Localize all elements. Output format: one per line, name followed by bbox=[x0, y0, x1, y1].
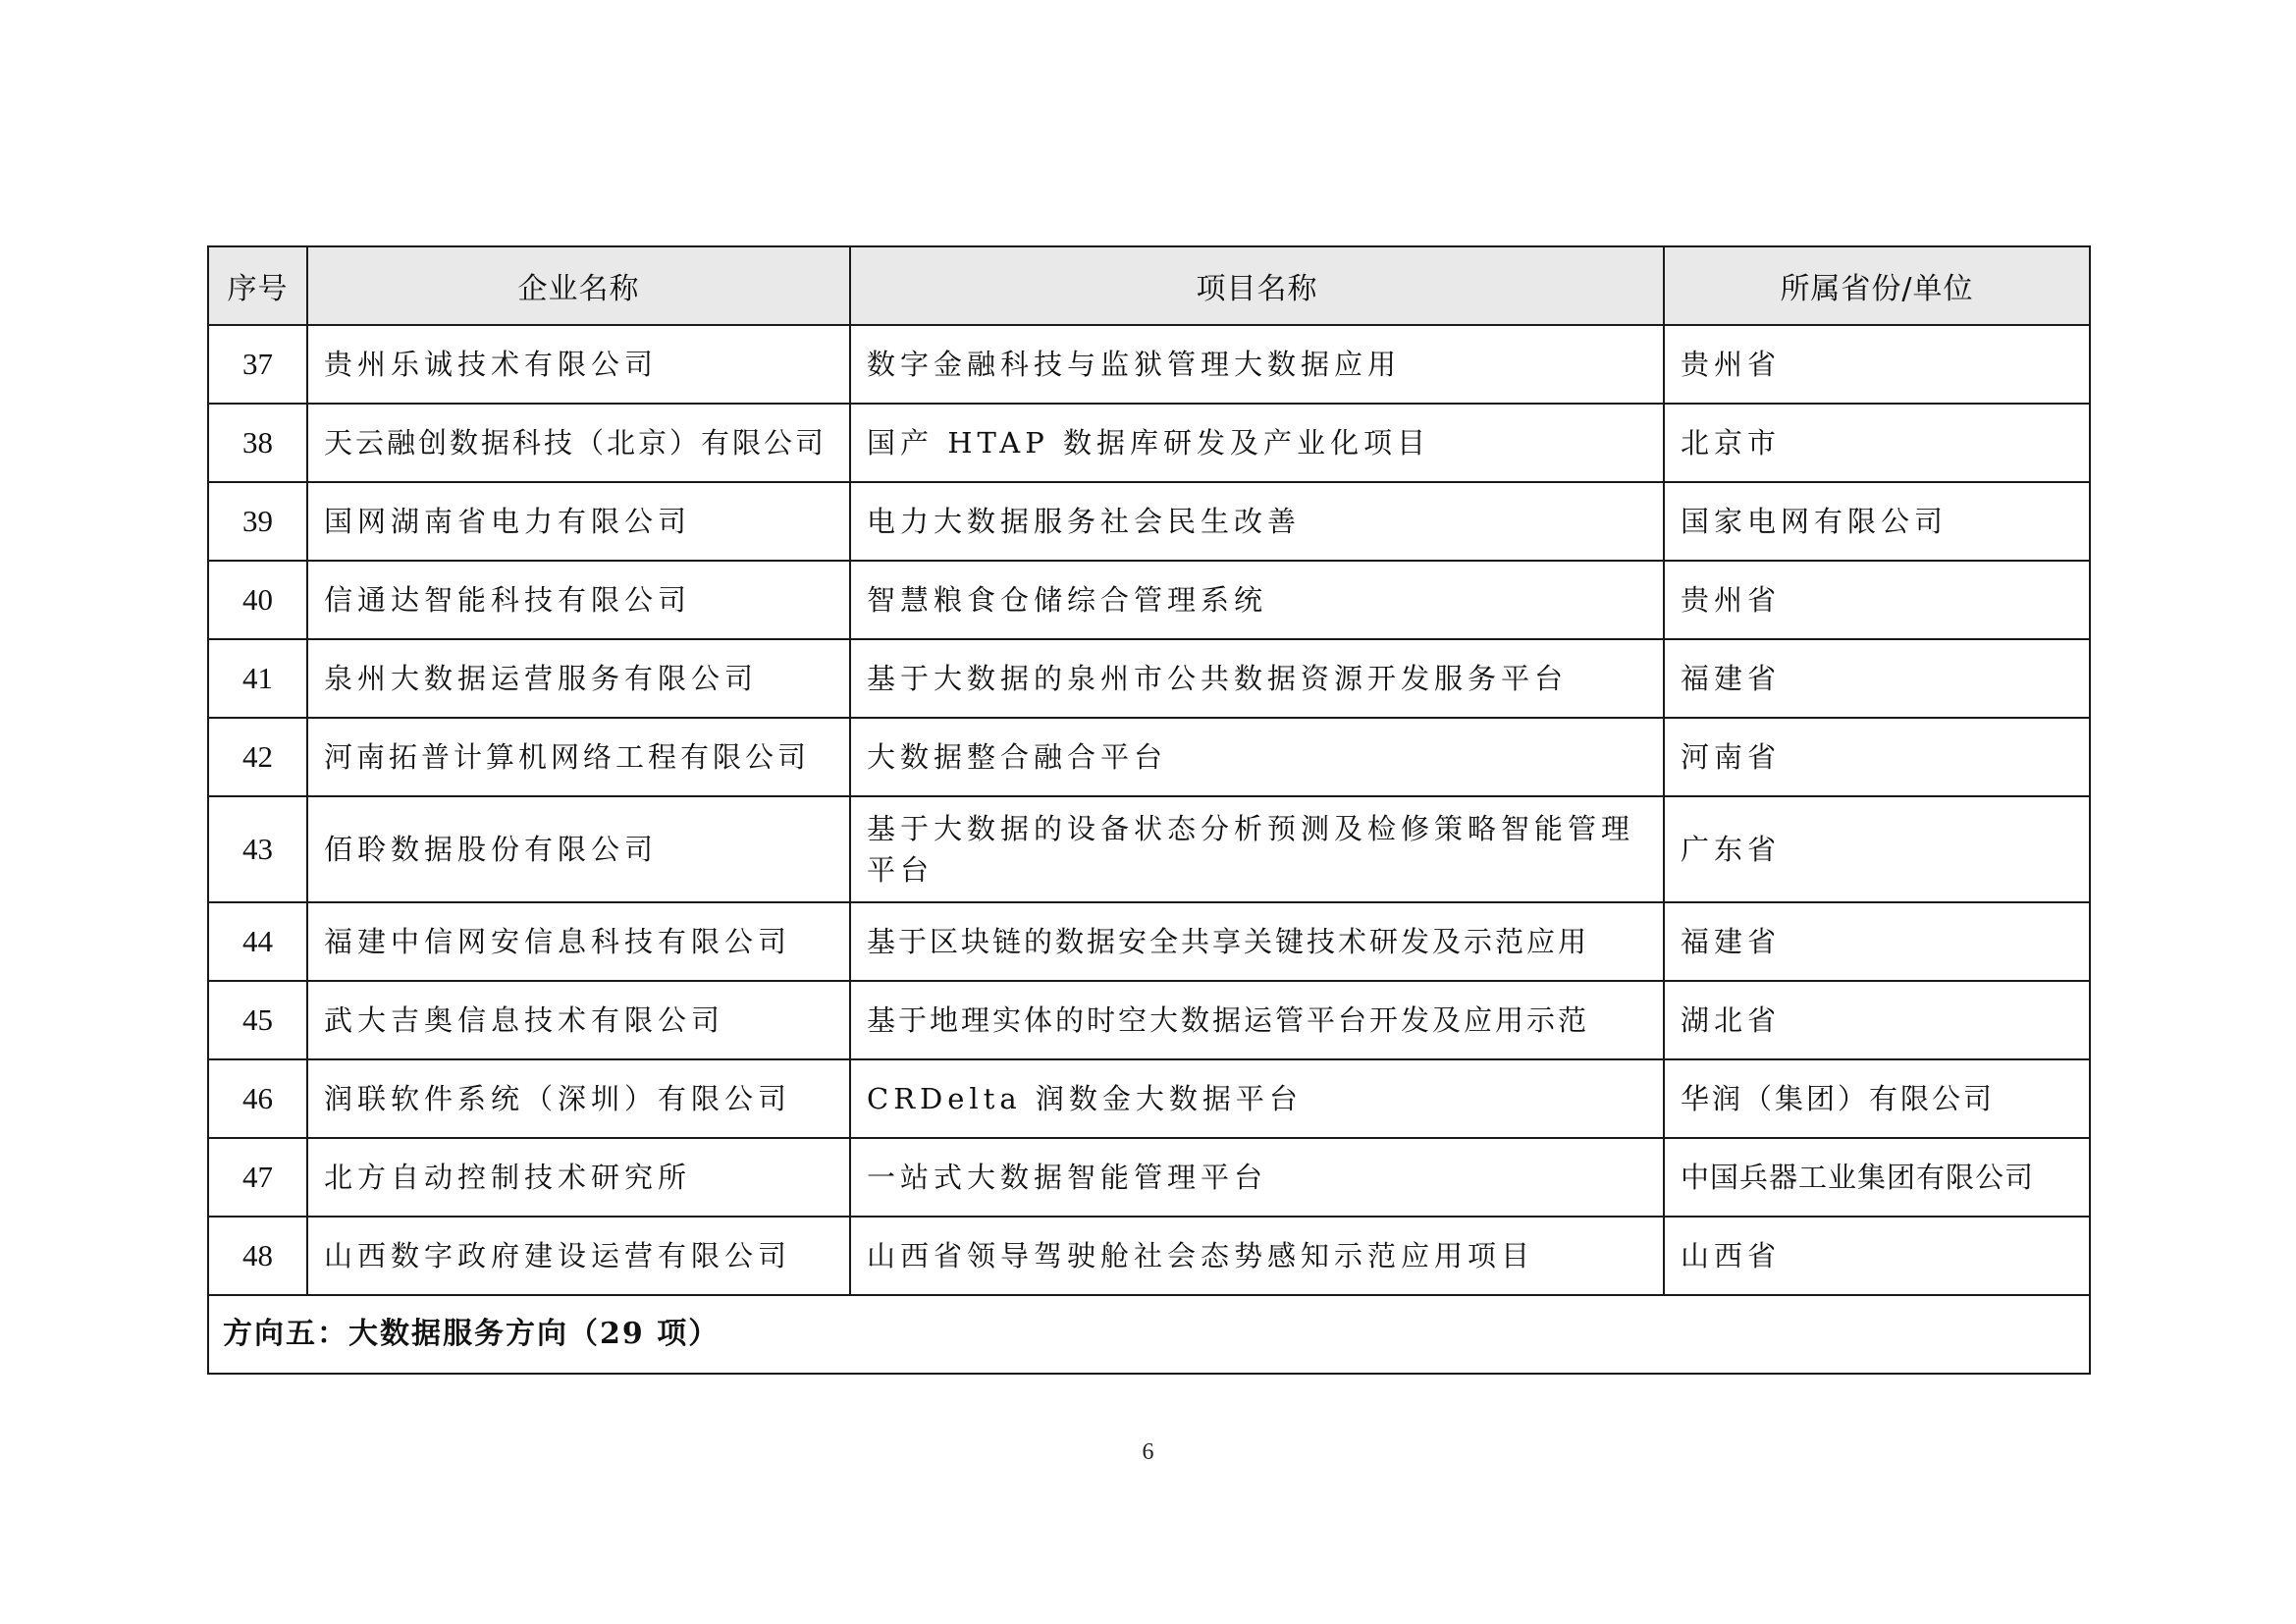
company-name: 武大吉奥信息技术有限公司 bbox=[307, 981, 850, 1059]
project-name: 数字金融科技与监狱管理大数据应用 bbox=[850, 325, 1664, 404]
row-number: 46 bbox=[208, 1059, 307, 1138]
row-number: 41 bbox=[208, 639, 307, 718]
header-serial-number: 序号 bbox=[208, 246, 307, 325]
row-number: 42 bbox=[208, 718, 307, 796]
company-name: 润联软件系统（深圳）有限公司 bbox=[307, 1059, 850, 1138]
company-name: 河南拓普计算机网络工程有限公司 bbox=[307, 718, 850, 796]
project-name: 电力大数据服务社会民生改善 bbox=[850, 482, 1664, 561]
project-list-table: 序号 企业名称 项目名称 所属省份/单位 37 贵州乐诚技术有限公司 数字金融科… bbox=[207, 245, 2091, 1375]
section-heading: 方向五：大数据服务方向（29 项） bbox=[208, 1295, 2090, 1374]
province-unit: 贵州省 bbox=[1664, 325, 2090, 404]
table-row: 43 佰聆数据股份有限公司 基于大数据的设备状态分析预测及检修策略智能管理平台 … bbox=[208, 796, 2090, 902]
company-name: 山西数字政府建设运营有限公司 bbox=[307, 1217, 850, 1295]
company-name: 贵州乐诚技术有限公司 bbox=[307, 325, 850, 404]
table-row: 45 武大吉奥信息技术有限公司 基于地理实体的时空大数据运管平台开发及应用示范 … bbox=[208, 981, 2090, 1059]
project-name: 大数据整合融合平台 bbox=[850, 718, 1664, 796]
company-name: 泉州大数据运营服务有限公司 bbox=[307, 639, 850, 718]
company-name: 信通达智能科技有限公司 bbox=[307, 561, 850, 639]
header-province-unit: 所属省份/单位 bbox=[1664, 246, 2090, 325]
project-name: CRDelta 润数金大数据平台 bbox=[850, 1059, 1664, 1138]
province-unit: 湖北省 bbox=[1664, 981, 2090, 1059]
row-number: 47 bbox=[208, 1138, 307, 1217]
province-unit: 中国兵器工业集团有限公司 bbox=[1664, 1138, 2090, 1217]
province-unit: 福建省 bbox=[1664, 639, 2090, 718]
project-name: 国产 HTAP 数据库研发及产业化项目 bbox=[850, 404, 1664, 482]
province-unit: 华润（集团）有限公司 bbox=[1664, 1059, 2090, 1138]
table-row: 48 山西数字政府建设运营有限公司 山西省领导驾驶舱社会态势感知示范应用项目 山… bbox=[208, 1217, 2090, 1295]
company-name: 北方自动控制技术研究所 bbox=[307, 1138, 850, 1217]
company-name: 国网湖南省电力有限公司 bbox=[307, 482, 850, 561]
row-number: 40 bbox=[208, 561, 307, 639]
header-project-name: 项目名称 bbox=[850, 246, 1664, 325]
project-name: 基于区块链的数据安全共享关键技术研发及示范应用 bbox=[850, 902, 1664, 981]
page-number: 6 bbox=[0, 1439, 2296, 1466]
row-number: 39 bbox=[208, 482, 307, 561]
table-row: 38 天云融创数据科技（北京）有限公司 国产 HTAP 数据库研发及产业化项目 … bbox=[208, 404, 2090, 482]
section-heading-row: 方向五：大数据服务方向（29 项） bbox=[208, 1295, 2090, 1374]
province-unit: 国家电网有限公司 bbox=[1664, 482, 2090, 561]
row-number: 37 bbox=[208, 325, 307, 404]
province-unit: 福建省 bbox=[1664, 902, 2090, 981]
table-header-row: 序号 企业名称 项目名称 所属省份/单位 bbox=[208, 246, 2090, 325]
province-unit: 山西省 bbox=[1664, 1217, 2090, 1295]
table-row: 47 北方自动控制技术研究所 一站式大数据智能管理平台 中国兵器工业集团有限公司 bbox=[208, 1138, 2090, 1217]
row-number: 43 bbox=[208, 796, 307, 902]
project-name: 基于大数据的泉州市公共数据资源开发服务平台 bbox=[850, 639, 1664, 718]
table-row: 37 贵州乐诚技术有限公司 数字金融科技与监狱管理大数据应用 贵州省 bbox=[208, 325, 2090, 404]
table-row: 44 福建中信网安信息科技有限公司 基于区块链的数据安全共享关键技术研发及示范应… bbox=[208, 902, 2090, 981]
province-unit: 广东省 bbox=[1664, 796, 2090, 902]
project-name: 一站式大数据智能管理平台 bbox=[850, 1138, 1664, 1217]
company-name: 天云融创数据科技（北京）有限公司 bbox=[307, 404, 850, 482]
table-row: 39 国网湖南省电力有限公司 电力大数据服务社会民生改善 国家电网有限公司 bbox=[208, 482, 2090, 561]
project-name: 基于地理实体的时空大数据运管平台开发及应用示范 bbox=[850, 981, 1664, 1059]
row-number: 38 bbox=[208, 404, 307, 482]
header-company-name: 企业名称 bbox=[307, 246, 850, 325]
province-unit: 北京市 bbox=[1664, 404, 2090, 482]
project-name: 山西省领导驾驶舱社会态势感知示范应用项目 bbox=[850, 1217, 1664, 1295]
table-row: 46 润联软件系统（深圳）有限公司 CRDelta 润数金大数据平台 华润（集团… bbox=[208, 1059, 2090, 1138]
table-row: 40 信通达智能科技有限公司 智慧粮食仓储综合管理系统 贵州省 bbox=[208, 561, 2090, 639]
row-number: 48 bbox=[208, 1217, 307, 1295]
table-row: 41 泉州大数据运营服务有限公司 基于大数据的泉州市公共数据资源开发服务平台 福… bbox=[208, 639, 2090, 718]
project-name: 智慧粮食仓储综合管理系统 bbox=[850, 561, 1664, 639]
province-unit: 河南省 bbox=[1664, 718, 2090, 796]
project-name: 基于大数据的设备状态分析预测及检修策略智能管理平台 bbox=[850, 796, 1664, 902]
company-name: 佰聆数据股份有限公司 bbox=[307, 796, 850, 902]
row-number: 45 bbox=[208, 981, 307, 1059]
company-name: 福建中信网安信息科技有限公司 bbox=[307, 902, 850, 981]
province-unit: 贵州省 bbox=[1664, 561, 2090, 639]
row-number: 44 bbox=[208, 902, 307, 981]
table-row: 42 河南拓普计算机网络工程有限公司 大数据整合融合平台 河南省 bbox=[208, 718, 2090, 796]
